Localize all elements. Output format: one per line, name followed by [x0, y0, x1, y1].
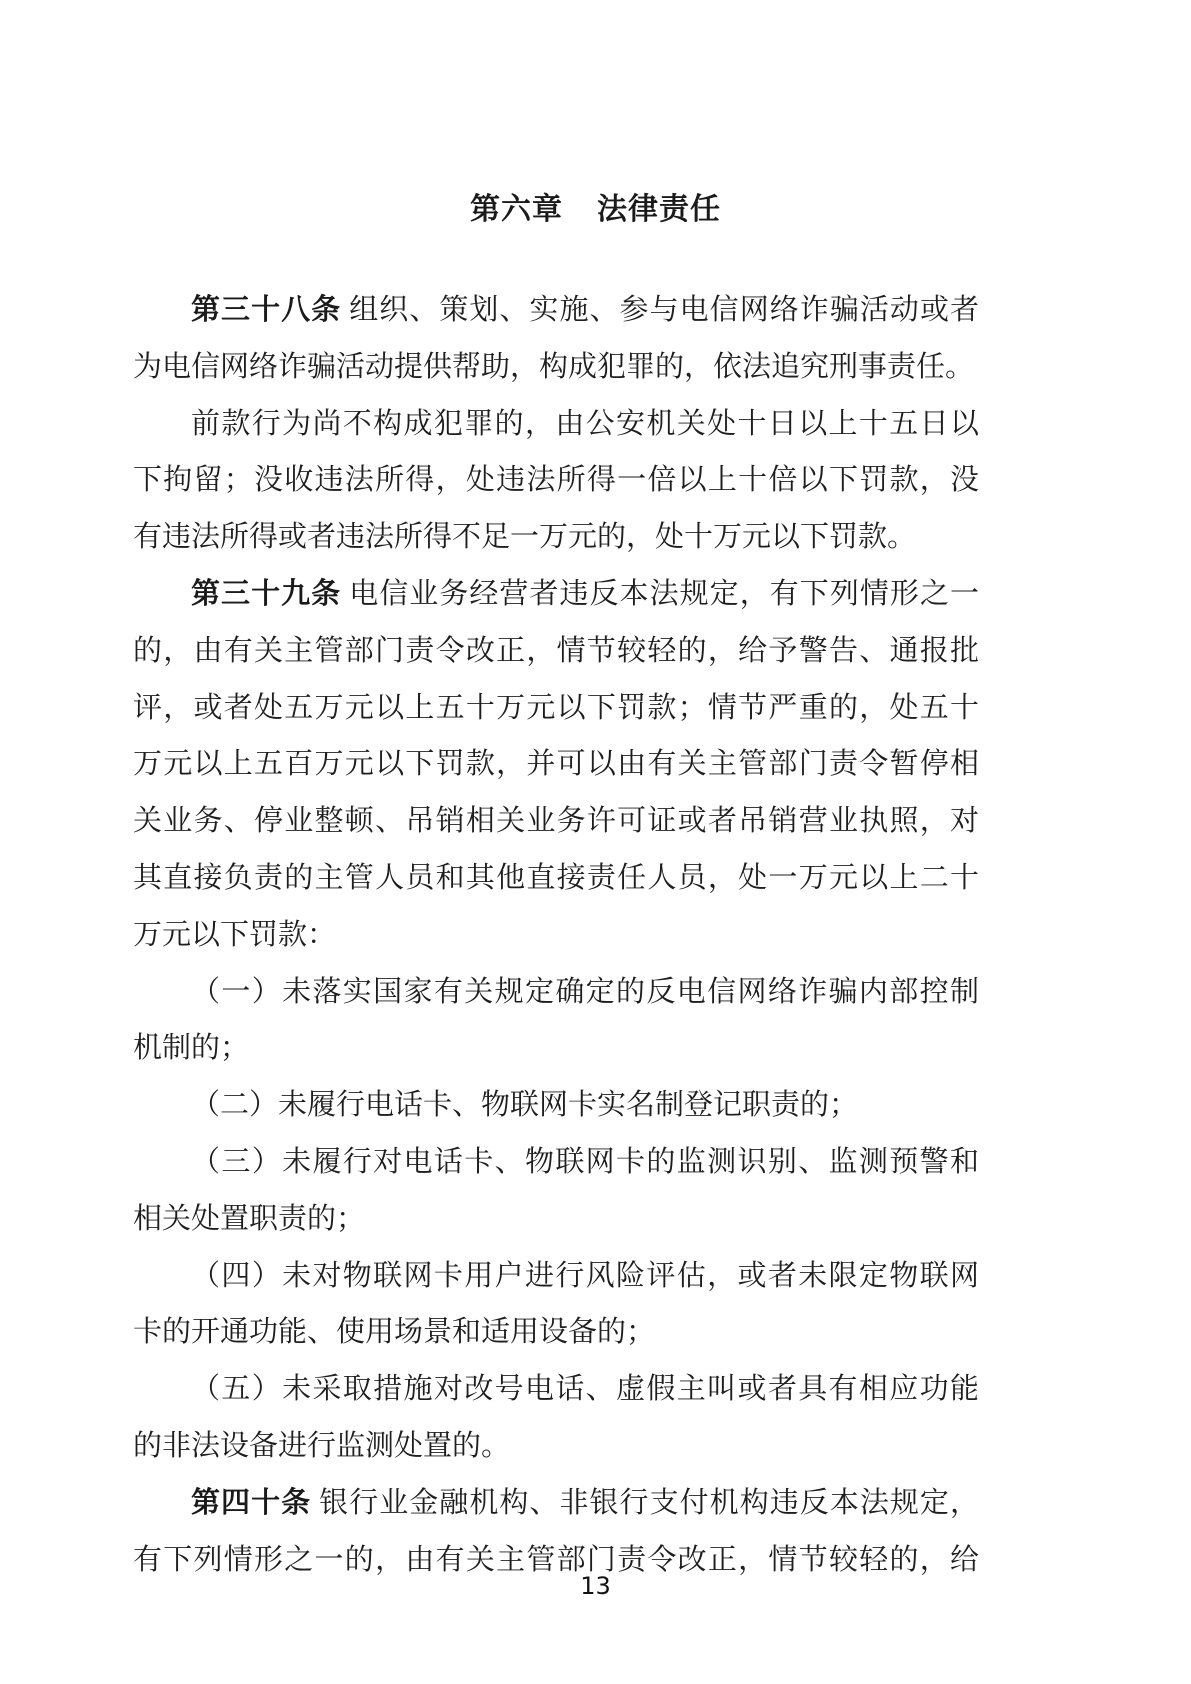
article-label: 第三十九条	[191, 576, 341, 610]
line-text: 有下列情形之一的，由有关主管部门责令改正，情节较轻的，给	[133, 1542, 979, 1576]
article-39: 第三十九条电信业务经营者违反本法规定，有下列情形之一 的，由有关主管部门责令改正…	[133, 565, 979, 963]
text-line: 机制的；	[133, 1019, 979, 1076]
text-line: 的，由有关主管部门责令改正，情节较轻的，给予警告、通报批	[133, 622, 979, 679]
article-40: 第四十条银行业金融机构、非银行支付机构违反本法规定， 有下列情形之一的，由有关主…	[133, 1474, 979, 1588]
line-text: （一）未落实国家有关规定确定的反电信网络诈骗内部控制	[191, 974, 979, 1008]
text-line: 有违法所得或者违法所得不足一万元的，处十万元以下罚款。	[133, 508, 979, 565]
text-line: 第三十九条电信业务经营者违反本法规定，有下列情形之一	[133, 565, 979, 622]
text-line: （五）未采取措施对改号电话、虚假主叫或者具有相应功能	[133, 1360, 979, 1417]
article-38: 第三十八条组织、策划、实施、参与电信网络诈骗活动或者 为电信网络诈骗活动提供帮助…	[133, 281, 979, 395]
chapter-heading: 第六章法律责任	[0, 188, 1191, 232]
page-number: 13	[0, 1572, 1191, 1600]
line-text: 机制的；	[133, 1030, 249, 1064]
text-line: 的非法设备进行监测处置的。	[133, 1417, 979, 1474]
list-item-2: （二）未履行电话卡、物联网卡实名制登记职责的；	[133, 1076, 979, 1133]
text-line: 下拘留；没收违法所得，处违法所得一倍以上十倍以下罚款，没	[133, 451, 979, 508]
text-line: （三）未履行对电话卡、物联网卡的监测识别、监测预警和	[133, 1133, 979, 1190]
chapter-title: 法律责任	[597, 192, 721, 227]
line-text: 的非法设备进行监测处置的。	[133, 1428, 510, 1462]
line-text: 的，由有关主管部门责令改正，情节较轻的，给予警告、通报批	[133, 633, 979, 667]
text-line: 相关处置职责的；	[133, 1190, 979, 1247]
list-item-5: （五）未采取措施对改号电话、虚假主叫或者具有相应功能 的非法设备进行监测处置的。	[133, 1360, 979, 1474]
list-item-4: （四）未对物联网卡用户进行风险评估，或者未限定物联网 卡的开通功能、使用场景和适…	[133, 1247, 979, 1361]
article-label: 第四十条	[191, 1485, 311, 1519]
document-page: 第六章法律责任 第三十八条组织、策划、实施、参与电信网络诈骗活动或者 为电信网络…	[0, 0, 1191, 1684]
chapter-number: 第六章	[470, 192, 563, 227]
line-text: （五）未采取措施对改号电话、虚假主叫或者具有相应功能	[191, 1371, 979, 1405]
text-line: 第四十条银行业金融机构、非银行支付机构违反本法规定，	[133, 1474, 979, 1531]
line-text: 万元以下罚款：	[133, 917, 336, 951]
text-line: （二）未履行电话卡、物联网卡实名制登记职责的；	[133, 1076, 979, 1133]
line-text: （二）未履行电话卡、物联网卡实名制登记职责的；	[191, 1087, 858, 1121]
line-text: 其直接负责的主管人员和其他直接责任人员，处一万元以上二十	[133, 860, 979, 894]
text-line: 第三十八条组织、策划、实施、参与电信网络诈骗活动或者	[133, 281, 979, 338]
text-line: 万元以上五百万元以下罚款，并可以由有关主管部门责令暂停相	[133, 735, 979, 792]
line-text: 为电信网络诈骗活动提供帮助，构成犯罪的，依法追究刑事责任。	[133, 349, 974, 383]
text-line: 为电信网络诈骗活动提供帮助，构成犯罪的，依法追究刑事责任。	[133, 338, 979, 395]
line-text: （三）未履行对电话卡、物联网卡的监测识别、监测预警和	[191, 1144, 979, 1178]
text-line: （一）未落实国家有关规定确定的反电信网络诈骗内部控制	[133, 963, 979, 1020]
line-text: 前款行为尚不构成犯罪的，由公安机关处十日以上十五日以	[191, 406, 979, 440]
line-text: （四）未对物联网卡用户进行风险评估，或者未限定物联网	[191, 1258, 979, 1292]
line-text: 银行业金融机构、非银行支付机构违反本法规定，	[319, 1485, 979, 1519]
line-text: 相关处置职责的；	[133, 1201, 365, 1235]
article-38-paragraph-2: 前款行为尚不构成犯罪的，由公安机关处十日以上十五日以 下拘留；没收违法所得，处违…	[133, 395, 979, 565]
line-text: 组织、策划、实施、参与电信网络诈骗活动或者	[349, 292, 979, 326]
text-line: 其直接负责的主管人员和其他直接责任人员，处一万元以上二十	[133, 849, 979, 906]
text-line: 评，或者处五万元以上五十万元以下罚款；情节严重的，处五十	[133, 679, 979, 736]
list-item-3: （三）未履行对电话卡、物联网卡的监测识别、监测预警和 相关处置职责的；	[133, 1133, 979, 1247]
line-text: 电信业务经营者违反本法规定，有下列情形之一	[349, 576, 979, 610]
text-line: （四）未对物联网卡用户进行风险评估，或者未限定物联网	[133, 1247, 979, 1304]
document-body: 第三十八条组织、策划、实施、参与电信网络诈骗活动或者 为电信网络诈骗活动提供帮助…	[133, 281, 979, 1587]
line-text: 评，或者处五万元以上五十万元以下罚款；情节严重的，处五十	[133, 690, 979, 724]
line-text: 下拘留；没收违法所得，处违法所得一倍以上十倍以下罚款，没	[133, 462, 979, 496]
line-text: 有违法所得或者违法所得不足一万元的，处十万元以下罚款。	[133, 519, 916, 553]
text-line: 卡的开通功能、使用场景和适用设备的；	[133, 1303, 979, 1360]
text-line: 万元以下罚款：	[133, 906, 979, 963]
text-line: 前款行为尚不构成犯罪的，由公安机关处十日以上十五日以	[133, 395, 979, 452]
line-text: 关业务、停业整顿、吊销相关业务许可证或者吊销营业执照，对	[133, 803, 979, 837]
text-line: 关业务、停业整顿、吊销相关业务许可证或者吊销营业执照，对	[133, 792, 979, 849]
list-item-1: （一）未落实国家有关规定确定的反电信网络诈骗内部控制 机制的；	[133, 963, 979, 1077]
line-text: 万元以上五百万元以下罚款，并可以由有关主管部门责令暂停相	[133, 746, 979, 780]
line-text: 卡的开通功能、使用场景和适用设备的；	[133, 1314, 655, 1348]
article-label: 第三十八条	[191, 292, 341, 326]
